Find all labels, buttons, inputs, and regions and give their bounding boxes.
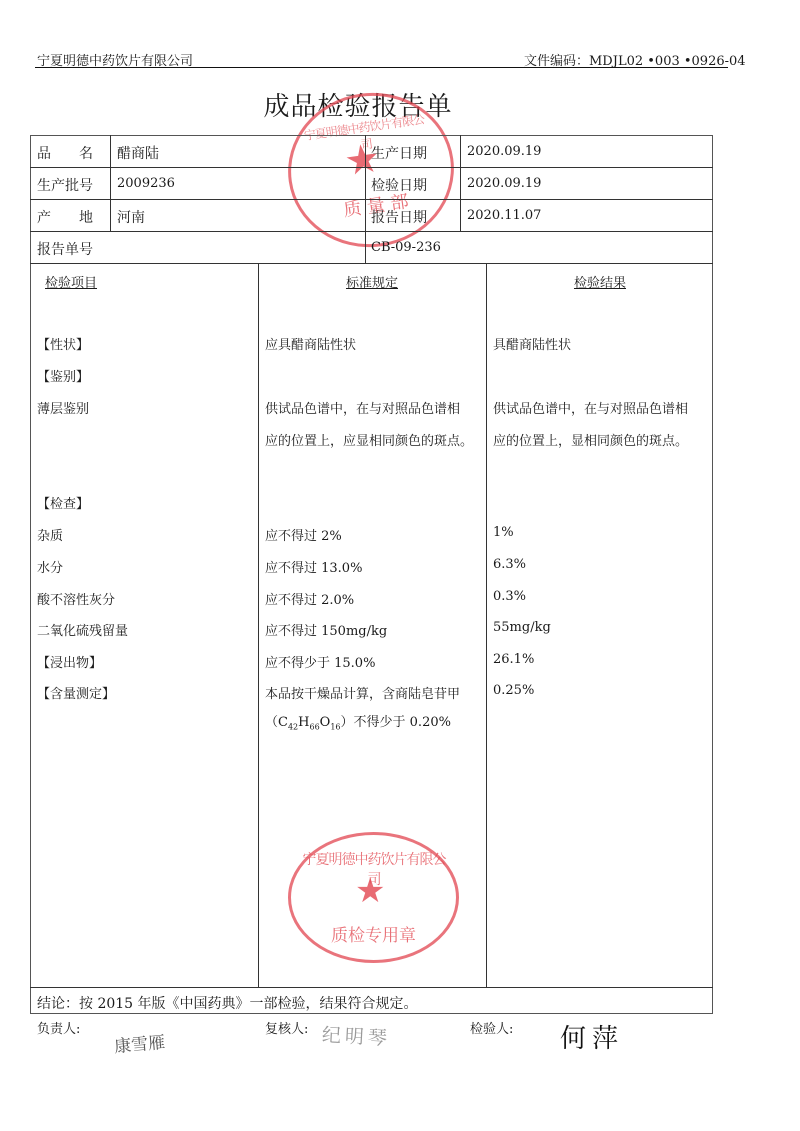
report-date-label: 报告日期 (371, 207, 427, 227)
report-no-label: 报告单号 (37, 239, 93, 259)
batch-number: 2009236 (117, 176, 175, 191)
star-icon: ★ (355, 871, 385, 911)
responsible-label: 负责人: (37, 1018, 80, 1037)
row-result: 0.25% (493, 683, 534, 698)
header-divider (35, 67, 728, 68)
row-item: 杂质 (37, 525, 63, 544)
row-divider (30, 199, 713, 200)
formula-open: （C (265, 715, 288, 730)
row-item: 【浸出物】 (37, 652, 102, 671)
column-header-standard: 标准规定 (258, 272, 486, 291)
qc-seal-stamp: 宁夏明德中药饮片有限公司 ★ 质检专用章 (288, 832, 459, 963)
reviewer-label: 复核人: (265, 1018, 308, 1037)
formula-h-count: 66 (309, 723, 319, 732)
row-standard: 应不得过 13.0% (265, 557, 362, 576)
row-item: 【含量测定】 (37, 683, 115, 702)
content-formula: （C42H66O16）不得少于 0.20% (265, 711, 451, 732)
col-divider (365, 135, 366, 263)
inspector-label: 检验人: (470, 1018, 513, 1037)
row-item: 二氧化硫残留量 (37, 620, 128, 639)
column-header-item: 检验项目 (45, 272, 97, 291)
row-standard: 应不得过 150mg/kg (265, 620, 387, 639)
row-divider (30, 167, 713, 168)
row-standard: 应的位置上，应显相同颜色的斑点。 (265, 430, 473, 449)
formula-c: 42 (288, 723, 298, 732)
row-item: 【性状】 (37, 334, 89, 353)
row-item: 酸不溶性灰分 (37, 589, 115, 608)
row-result: 1% (493, 525, 514, 540)
column-header-result: 检验结果 (486, 272, 714, 291)
report-date: 2020.11.07 (467, 208, 541, 223)
responsible-signature: 康雪雁 (113, 1028, 166, 1057)
formula-o-count: 16 (330, 723, 340, 732)
row-item: 水分 (37, 557, 63, 576)
row-result: 26.1% (493, 652, 534, 667)
col-divider (258, 263, 259, 987)
reviewer-signature: 纪明琴 (321, 1020, 391, 1051)
row-result: 55mg/kg (493, 620, 551, 635)
row-result: 应的位置上，显相同颜色的斑点。 (493, 430, 688, 449)
row-standard: 供试品色谱中，在与对照品色谱相 (265, 398, 460, 417)
test-date: 2020.09.19 (467, 176, 541, 191)
col-divider (460, 135, 461, 231)
row-standard: 应不得过 2% (265, 525, 342, 544)
inspector-signature: 何萍 (560, 1018, 624, 1055)
row-item: 【检查】 (37, 493, 89, 512)
row-standard: 应不得少于 15.0% (265, 652, 375, 671)
product-name: 醋商陆 (117, 143, 159, 163)
row-item: 【鉴别】 (37, 366, 89, 385)
stamp-center-text: 质检专用章 (311, 921, 436, 946)
row-result: 6.3% (493, 557, 526, 572)
row-standard: 应不得过 2.0% (265, 589, 354, 608)
row-divider (30, 263, 713, 264)
col-divider (486, 263, 487, 987)
col-divider (110, 135, 111, 231)
test-date-label: 检验日期 (371, 175, 427, 195)
report-number: CB-09-236 (371, 240, 441, 255)
production-date: 2020.09.19 (467, 144, 541, 159)
batch-label: 生产批号 (37, 175, 93, 195)
formula-o: O (320, 715, 331, 730)
formula-close: ）不得少于 0.20% (341, 715, 451, 730)
row-divider (30, 231, 713, 232)
row-result: 供试品色谱中，在与对照品色谱相 (493, 398, 688, 417)
row-result: 0.3% (493, 589, 526, 604)
formula-h: H (298, 715, 309, 730)
row-standard: 应具醋商陆性状 (265, 334, 356, 353)
row-standard: 本品按干燥品计算，含商陆皂苷甲 (265, 683, 460, 702)
row-divider (30, 987, 713, 988)
conclusion: 结论：按 2015 年版《中国药典》一部检验，结果符合规定。 (37, 993, 418, 1013)
origin: 河南 (117, 207, 145, 227)
production-date-label: 生产日期 (371, 143, 427, 163)
row-item: 薄层鉴别 (37, 398, 89, 417)
origin-label: 产 地 (37, 207, 93, 227)
row-result: 具醋商陆性状 (493, 334, 571, 353)
product-name-label: 品 名 (37, 143, 93, 163)
